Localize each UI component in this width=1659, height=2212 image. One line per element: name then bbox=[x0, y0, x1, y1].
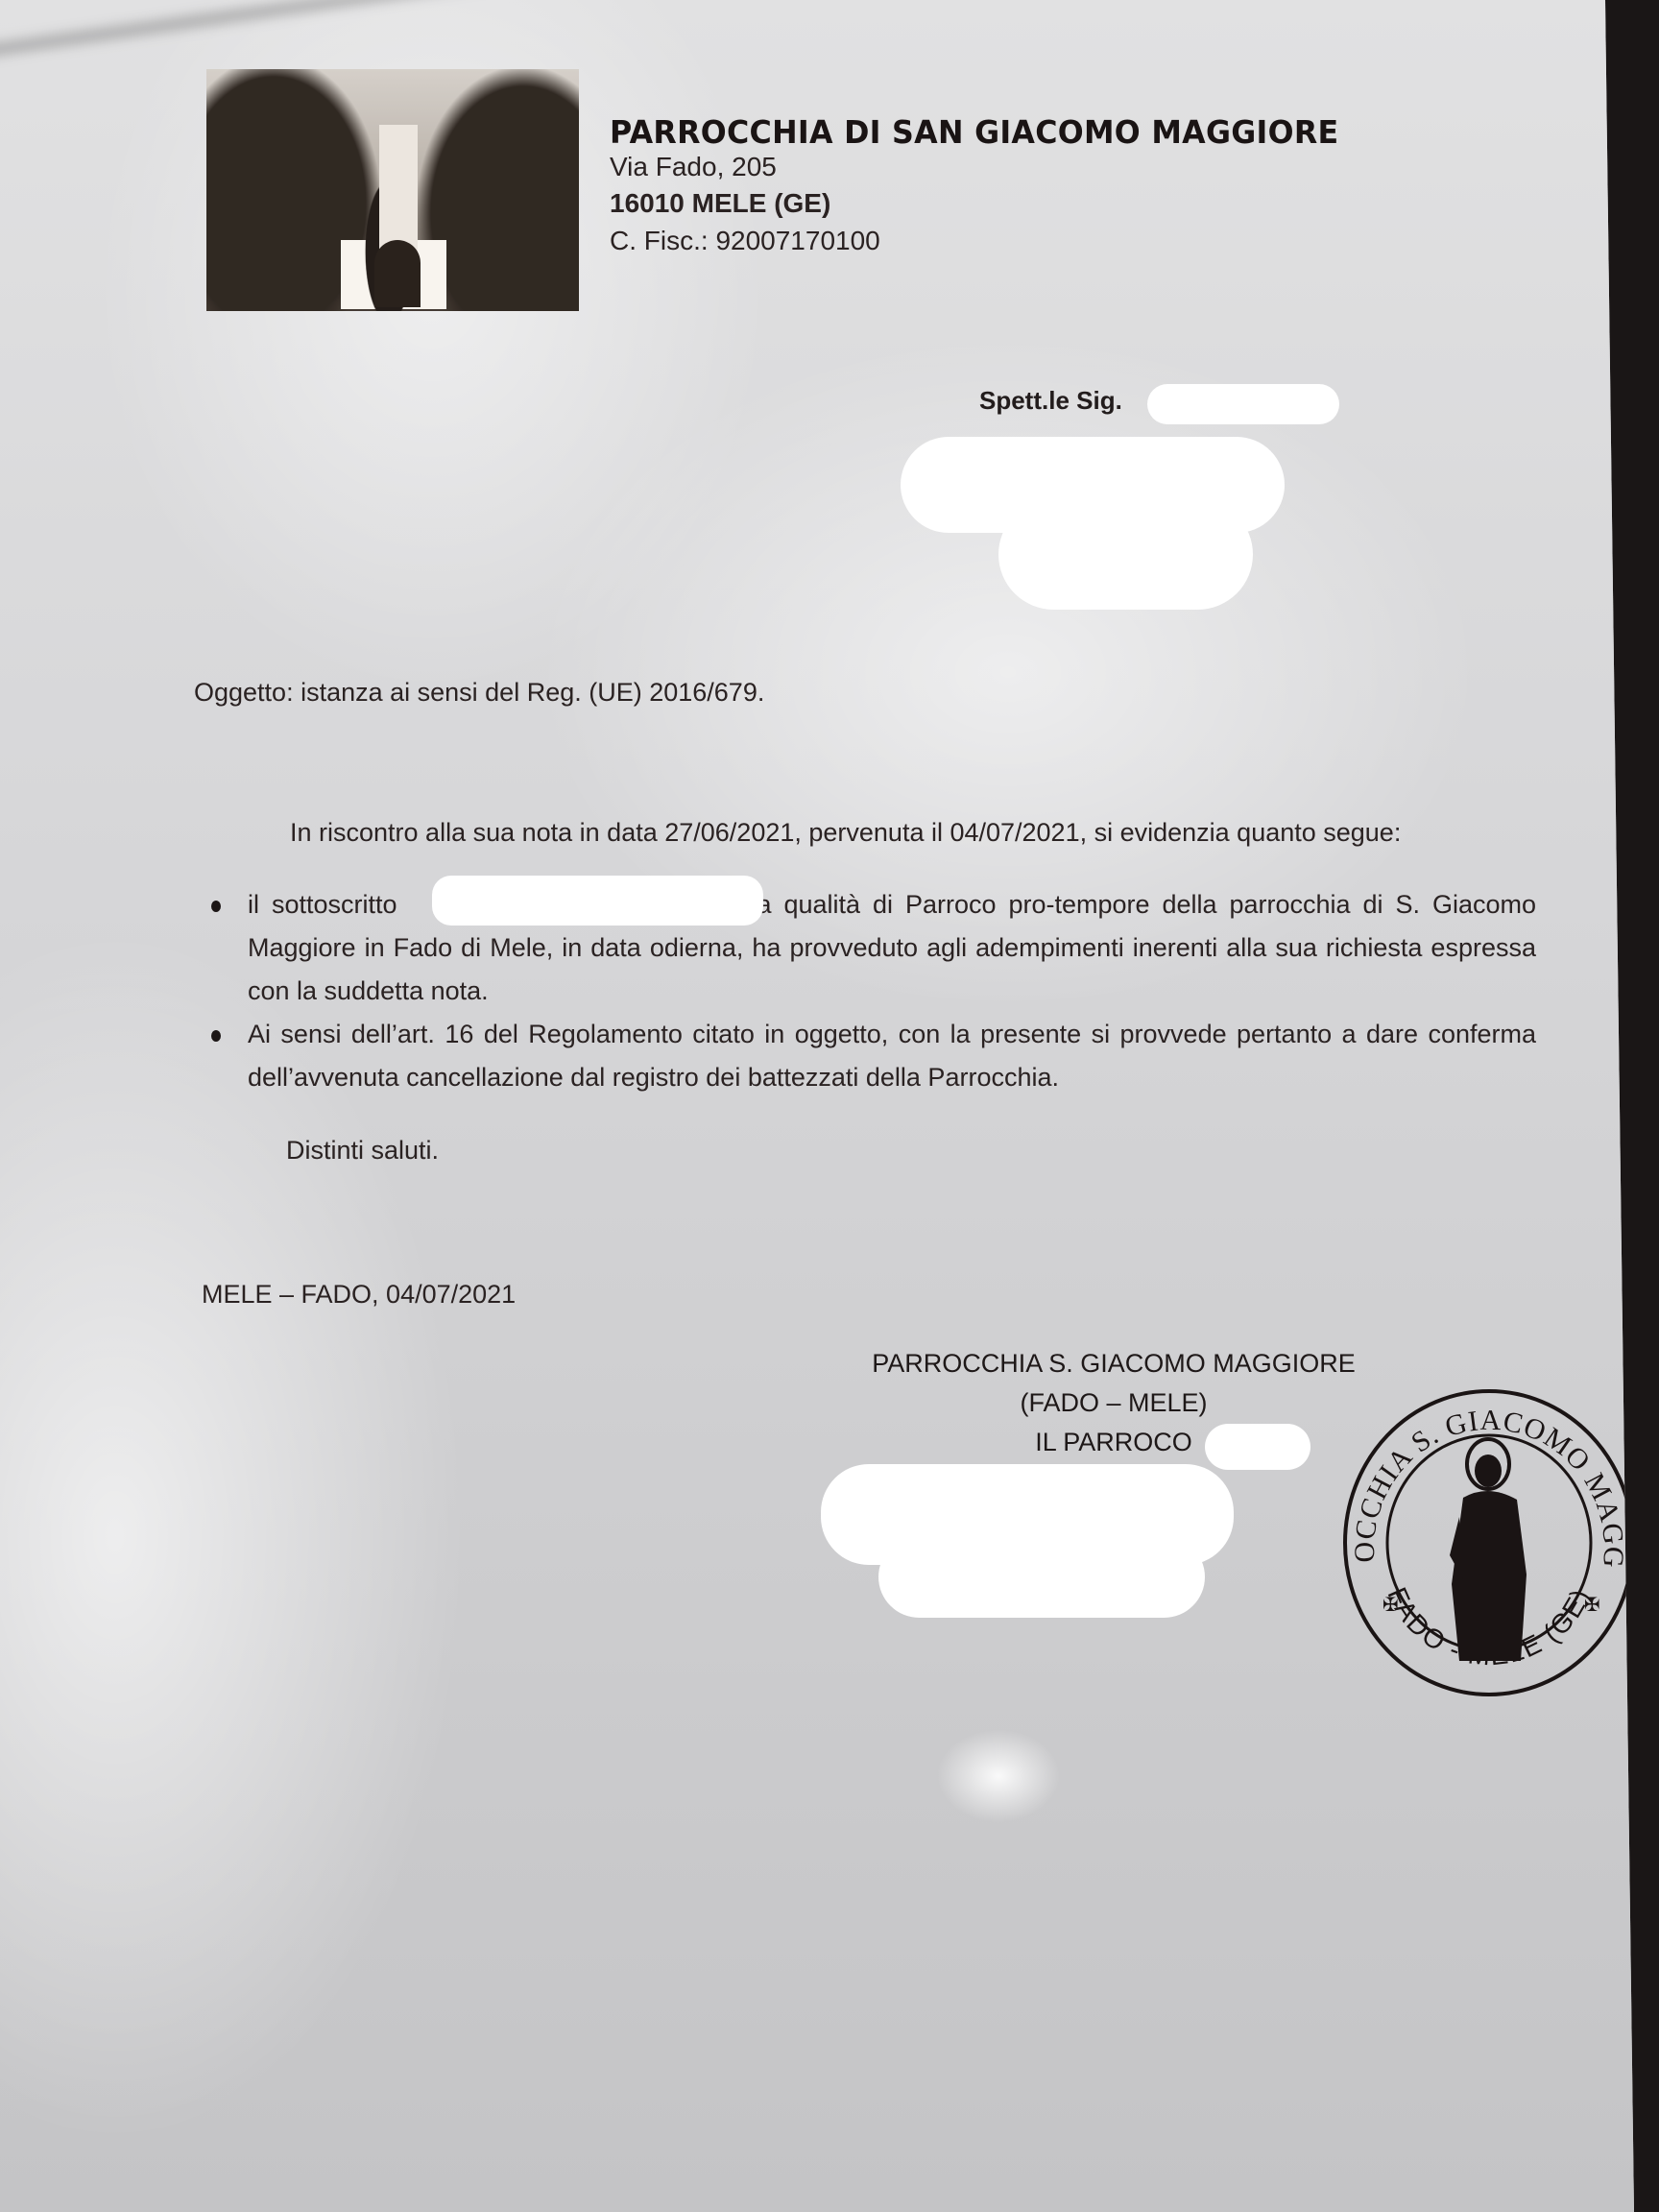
recipient-salutation: Spett.le Sig. bbox=[979, 386, 1122, 416]
church-door-detail bbox=[374, 240, 421, 307]
redaction-recipient-address-2 bbox=[998, 499, 1253, 610]
redaction-signature-3 bbox=[878, 1536, 1205, 1618]
signature-line: PARROCCHIA S. GIACOMO MAGGIORE bbox=[845, 1344, 1382, 1383]
bullet-text: Ai sensi dell’art. 16 del Regolamento ci… bbox=[248, 1020, 1536, 1092]
org-name: PARROCCHIA DI SAN GIACOMO MAGGIORE bbox=[610, 113, 1338, 151]
redaction-recipient-name bbox=[1147, 384, 1339, 424]
parish-stamp: PARROCCHIA S. GIACOMO MAGGIORE FADO - ME… bbox=[1336, 1382, 1642, 1704]
subject-line: Oggetto: istanza ai sensi del Reg. (UE) … bbox=[194, 678, 764, 708]
address-city: 16010 MELE (GE) bbox=[610, 188, 830, 219]
bullet-item: il sottoscrittoO, nella sua qualità di P… bbox=[211, 883, 1536, 1013]
tax-code: C. Fisc.: 92007170100 bbox=[610, 226, 880, 256]
paper-sheet: PARROCCHIA DI SAN GIACOMO MAGGIORE Via F… bbox=[0, 0, 1659, 2212]
redaction-signer-name bbox=[432, 876, 763, 926]
bullet-item: Ai sensi dell’art. 16 del Regolamento ci… bbox=[211, 1013, 1536, 1099]
place-date: MELE – FADO, 04/07/2021 bbox=[202, 1280, 516, 1310]
intro-paragraph: In riscontro alla sua nota in data 27/06… bbox=[290, 818, 1401, 848]
saint-figure-icon bbox=[1450, 1439, 1527, 1661]
cross-icon: ✠ bbox=[1584, 1593, 1600, 1616]
bullet-text-before: il sottoscritto bbox=[248, 890, 397, 919]
letter: PARROCCHIA DI SAN GIACOMO MAGGIORE Via F… bbox=[0, 0, 1659, 2212]
signature-line: (FADO – MELE) bbox=[845, 1383, 1382, 1423]
cross-icon: ✠ bbox=[1382, 1593, 1399, 1616]
closing: Distinti saluti. bbox=[286, 1136, 439, 1166]
address-street: Via Fado, 205 bbox=[610, 152, 777, 182]
bullet-list: il sottoscrittoO, nella sua qualità di P… bbox=[211, 883, 1536, 1099]
redaction-signature-1 bbox=[1205, 1424, 1310, 1470]
